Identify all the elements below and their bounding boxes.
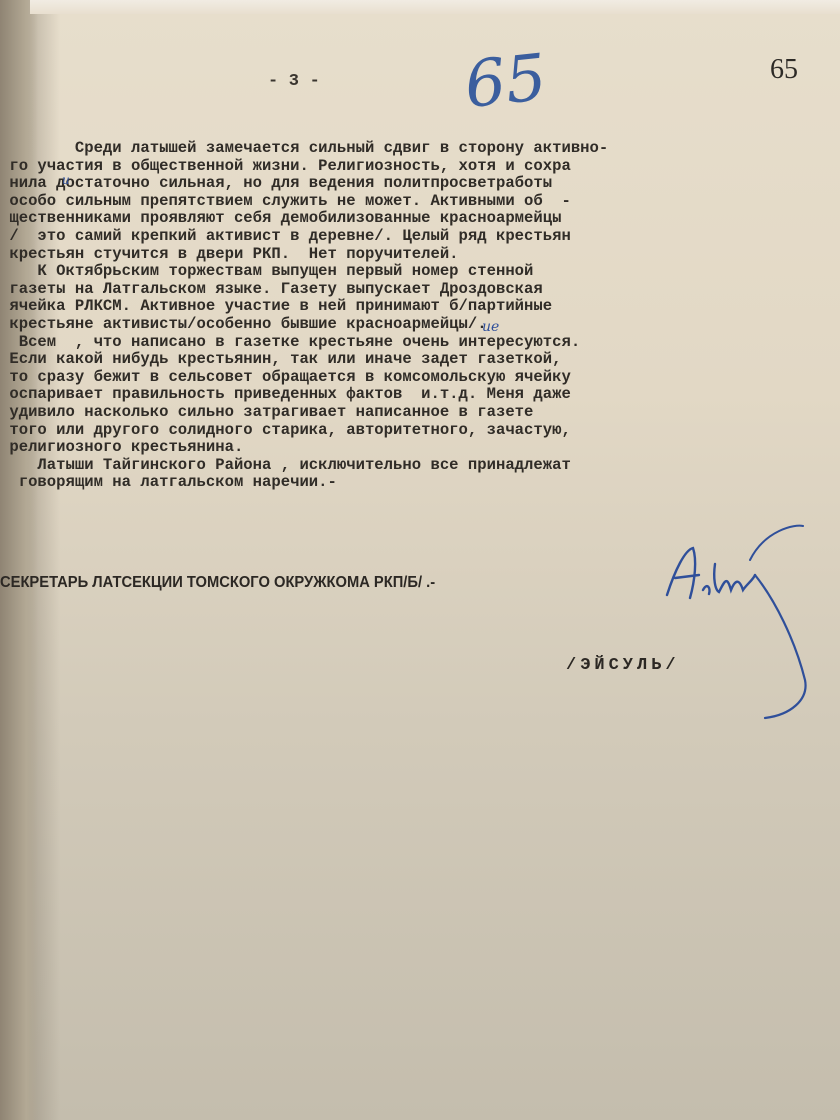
body-line: Всем , что написано в газетке крестьяне … [0,334,840,352]
signature-title: СЕКРЕТАРЬ ЛАТСЕКЦИИ ТОМСКОГО ОКРУЖКОМА Р… [0,574,435,592]
body-line: то сразу бежит в сельсовет обращается в … [0,369,840,387]
body-line: Латыши Тайгинского Района , исключительн… [0,457,840,475]
body-line: го участия в общественной жизни. Религио… [0,158,840,176]
body-line: Среди латышей замечается сильный сдвиг в… [0,140,840,158]
handwritten-page-number: 65 [461,41,550,123]
body-line: особо сильным препятствием служить не мо… [0,193,840,211]
body-line: Если какой нибудь крестьянин, так или ин… [0,351,840,369]
handwritten-insertion: и [62,173,70,187]
body-line: щественниками проявляют себя демобилизов… [0,210,840,228]
body-line: оспаривает правильность приведенных факт… [0,386,840,404]
body-line: удивило насколько сильно затрагивает нап… [0,404,840,422]
document-body: Среди латышей замечается сильный сдвиг в… [0,140,840,492]
typed-page-marker: - 3 - [268,72,320,91]
handwritten-insertion: ие [482,319,499,335]
body-line: религиозного крестьянина. [0,439,840,457]
body-line: говорящим на латгальском наречии.- [0,474,840,492]
body-line: нила достаточно сильная, но для ведения … [0,175,840,193]
body-line: К Октябрьским торжествам выпущен первый … [0,263,840,281]
page-top-edge [30,0,840,14]
body-line: ячейка РЛКСМ. Активное участие в ней при… [0,298,840,316]
body-line: крестьяне активисты/особенно бывшие крас… [0,316,840,334]
body-line: того или другого солидного старика, авто… [0,422,840,440]
body-line: газеты на Латгальском языке. Газету выпу… [0,281,840,299]
body-line: / это самий крепкий активист в деревне/.… [0,228,840,246]
stamped-page-number: 65 [770,54,798,86]
body-line: крестьян стучится в двери РКП. Нет поруч… [0,246,840,264]
handwritten-signature [655,520,825,730]
